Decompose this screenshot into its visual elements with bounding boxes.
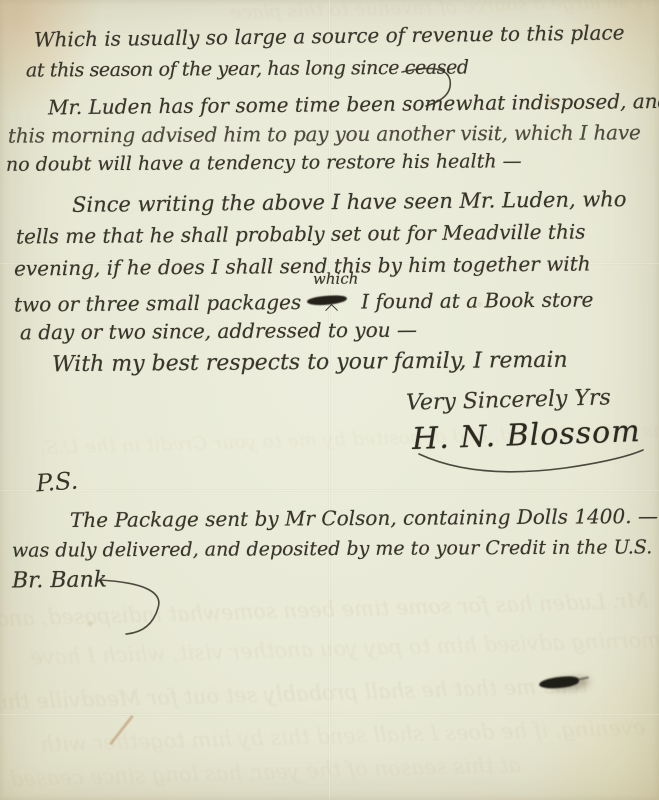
valediction: Very Sincerely Yrs	[406, 385, 611, 415]
insertion-group: which	[307, 289, 355, 309]
postscript-line: The Package sent by Mr Colson, containin…	[70, 504, 658, 532]
letter-line: evening, if he does I shall send this by…	[14, 251, 591, 280]
line-text-after: I found at a Book store	[361, 287, 593, 313]
ink-flourish-ceased	[398, 60, 468, 112]
fold-crease-horizontal	[0, 713, 659, 716]
letter-page: Which is usually so large a source of re…	[0, 0, 659, 800]
postscript-label: P.S.	[35, 467, 79, 498]
ink-smudge	[539, 675, 580, 689]
letter-line: Which is usually so large a source of re…	[34, 20, 625, 51]
foxing-streak	[109, 715, 134, 745]
line-text-before: two or three small packages	[14, 290, 301, 317]
letter-line: tells me that he shall probably set out …	[16, 220, 586, 249]
letter-line: no doubt will have a tendency to restore…	[6, 150, 522, 176]
letter-line: a day or two since, addressed to you —	[20, 318, 417, 345]
letter-line: Mr. Luden has for some time been somewha…	[48, 89, 659, 120]
letter-line: this morning advised him to pay you anot…	[8, 120, 641, 147]
bleed-through-text: tells me that he shall probably set out …	[0, 674, 588, 715]
struck-out-word	[307, 295, 347, 306]
foxing-dot	[478, 302, 482, 306]
bleed-through-text: evening, if he does I shall send this by…	[40, 716, 646, 757]
inserted-word: which	[313, 270, 359, 288]
ink-flourish-bank	[96, 574, 191, 640]
fold-crease-horizontal	[0, 489, 659, 492]
postscript-line: was duly delivered, and deposited by me …	[12, 536, 652, 561]
ink-flourish-signature	[415, 446, 650, 484]
postscript-line: Br. Bank	[12, 568, 107, 594]
letter-line-with-insertion: two or three small packageswhichI found …	[14, 286, 594, 316]
bleed-through-text: at this season of the year, has long sin…	[10, 753, 521, 791]
letter-line: Since writing the above I have seen Mr. …	[72, 187, 627, 217]
foxing-dot	[88, 622, 92, 626]
letter-line: With my best respects to your family, I …	[52, 348, 568, 377]
foxing-dot	[548, 98, 553, 103]
fold-crease-vertical	[328, 0, 331, 800]
